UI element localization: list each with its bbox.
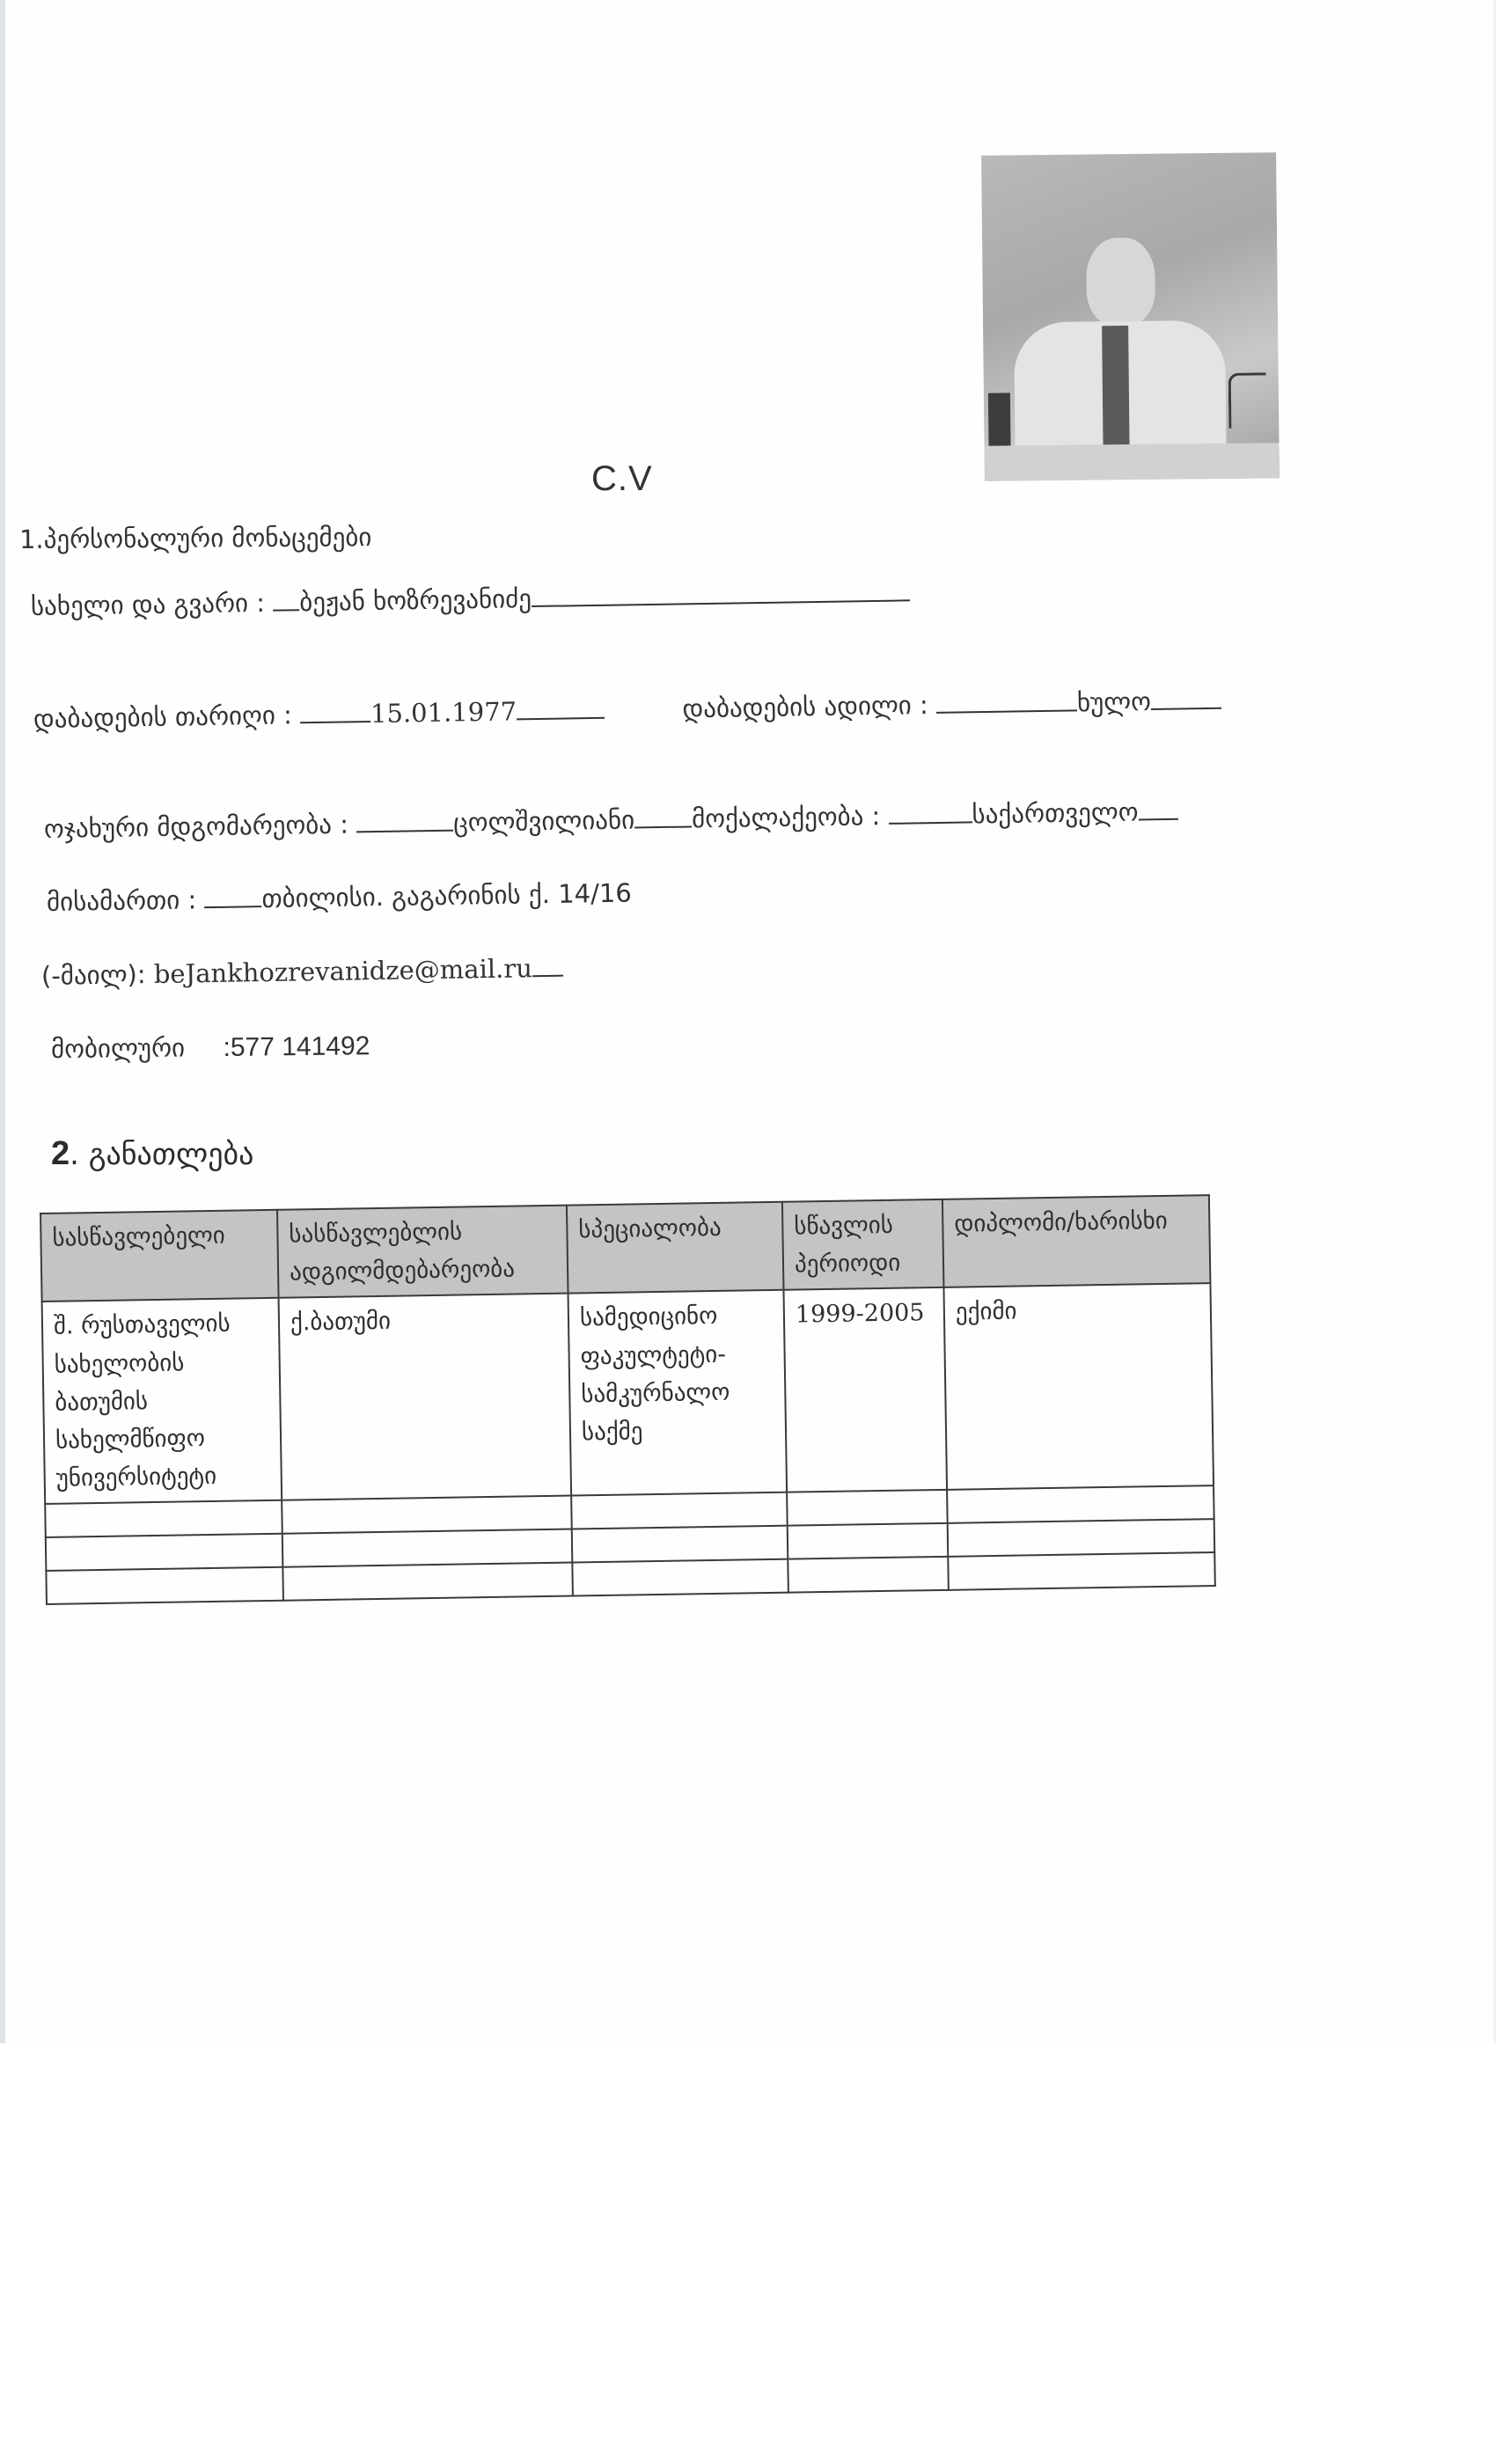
family-status-value: ცოლშვილიანი (453, 804, 634, 837)
empty-cell (46, 1567, 283, 1604)
email-value: beJankhozrevanidze@mail.ru (154, 953, 533, 989)
column-header-institution: სასწავლებელი (40, 1210, 279, 1302)
cell-institution: შ. რუსთაველის სახელობის ბათუმის სახელმწი… (42, 1298, 282, 1504)
birth-place-blank-prefix (936, 709, 1077, 714)
birth-place-label: დაბადების ადილი : (682, 690, 928, 723)
mobile-value: :577 141492 (223, 1031, 370, 1062)
birth-place-blank-suffix (1151, 708, 1221, 710)
empty-cell (788, 1523, 949, 1559)
photo-desk-shape (985, 443, 1280, 481)
mobile-label: მობილური (51, 1032, 185, 1064)
section1-heading: 1.პერსონალური მონაცემები (19, 522, 372, 554)
empty-cell (282, 1563, 573, 1601)
name-value: ბეჟან ხოზრევანიძე (299, 583, 532, 617)
name-blank-prefix (273, 609, 299, 611)
email-label: (-მაილ): (41, 959, 146, 991)
column-header-degree: დიპლომი/ხარისხი (942, 1195, 1211, 1287)
citizenship-value: საქართველო (972, 796, 1139, 829)
email-blank-suffix (532, 975, 563, 978)
photo-head-shape (1086, 238, 1155, 326)
empty-cell (788, 1557, 949, 1593)
empty-cell (787, 1490, 948, 1526)
cell-period: 1999-2005 (783, 1287, 947, 1492)
column-header-specialty: სპეციალობა (567, 1202, 784, 1294)
address-value: თბილისი. გაგარინის ქ. 14/16 (261, 878, 632, 914)
photo-microphone-shape (1228, 372, 1267, 428)
empty-cell (948, 1552, 1215, 1590)
name-label: სახელი და გვარი : (31, 588, 266, 621)
cell-location: ქ.ბათუმი (279, 1294, 572, 1500)
empty-cell (282, 1529, 573, 1567)
empty-cell (571, 1492, 788, 1529)
birth-date-value: 15.01.1977 (370, 696, 517, 729)
address-blank-prefix (205, 906, 262, 908)
family-status-label: ოჯახური მდგომარეობა : (44, 810, 349, 844)
family-status-blank-prefix (356, 830, 453, 833)
section2-heading: 2. განათლება (51, 1135, 253, 1173)
family-status-blank-suffix (634, 825, 692, 828)
mobile-row: მობილური :577 141492 (51, 1030, 370, 1065)
birth-date-blank-suffix (517, 717, 605, 721)
citizenship-blank-suffix (1139, 818, 1178, 821)
name-blank-suffix (532, 599, 910, 607)
birth-date-label: დაბადების თარიღი : (33, 700, 292, 734)
empty-cell (46, 1534, 283, 1571)
empty-cell (948, 1519, 1215, 1557)
column-header-location: სასწავლებლის ადგილმდებარეობა (277, 1206, 568, 1299)
education-table: სასწავლებელი სასწავლებლის ადგილმდებარეობ… (40, 1194, 1216, 1605)
empty-cell (947, 1485, 1214, 1523)
citizenship-blank-prefix (889, 821, 972, 824)
empty-cell (572, 1559, 788, 1596)
section2-heading-number: 2 (51, 1135, 70, 1172)
empty-cell (572, 1526, 788, 1563)
column-header-period: სწავლის პერიოდი (782, 1199, 944, 1290)
cell-degree: ექიმი (943, 1283, 1214, 1490)
birth-date-blank-prefix (300, 721, 370, 723)
cell-specialty: სამედიცინო ფაკულტეტი-სამკურნალო საქმე (568, 1290, 788, 1496)
table-row: შ. რუსთაველის სახელობის ბათუმის სახელმწი… (42, 1283, 1214, 1504)
address-label: მისამართი : (47, 884, 197, 917)
profile-photo (981, 152, 1280, 480)
empty-cell (282, 1496, 572, 1534)
scan-left-edge (0, 0, 5, 2043)
citizenship-label: მოქალაქეობა : (692, 801, 881, 833)
birth-place-value: ხულო (1077, 686, 1152, 717)
empty-cell (45, 1500, 282, 1537)
document-title: C.V (591, 459, 653, 499)
photo-shirt-shape (1102, 326, 1129, 449)
section2-heading-text: . განათლება (70, 1137, 253, 1172)
